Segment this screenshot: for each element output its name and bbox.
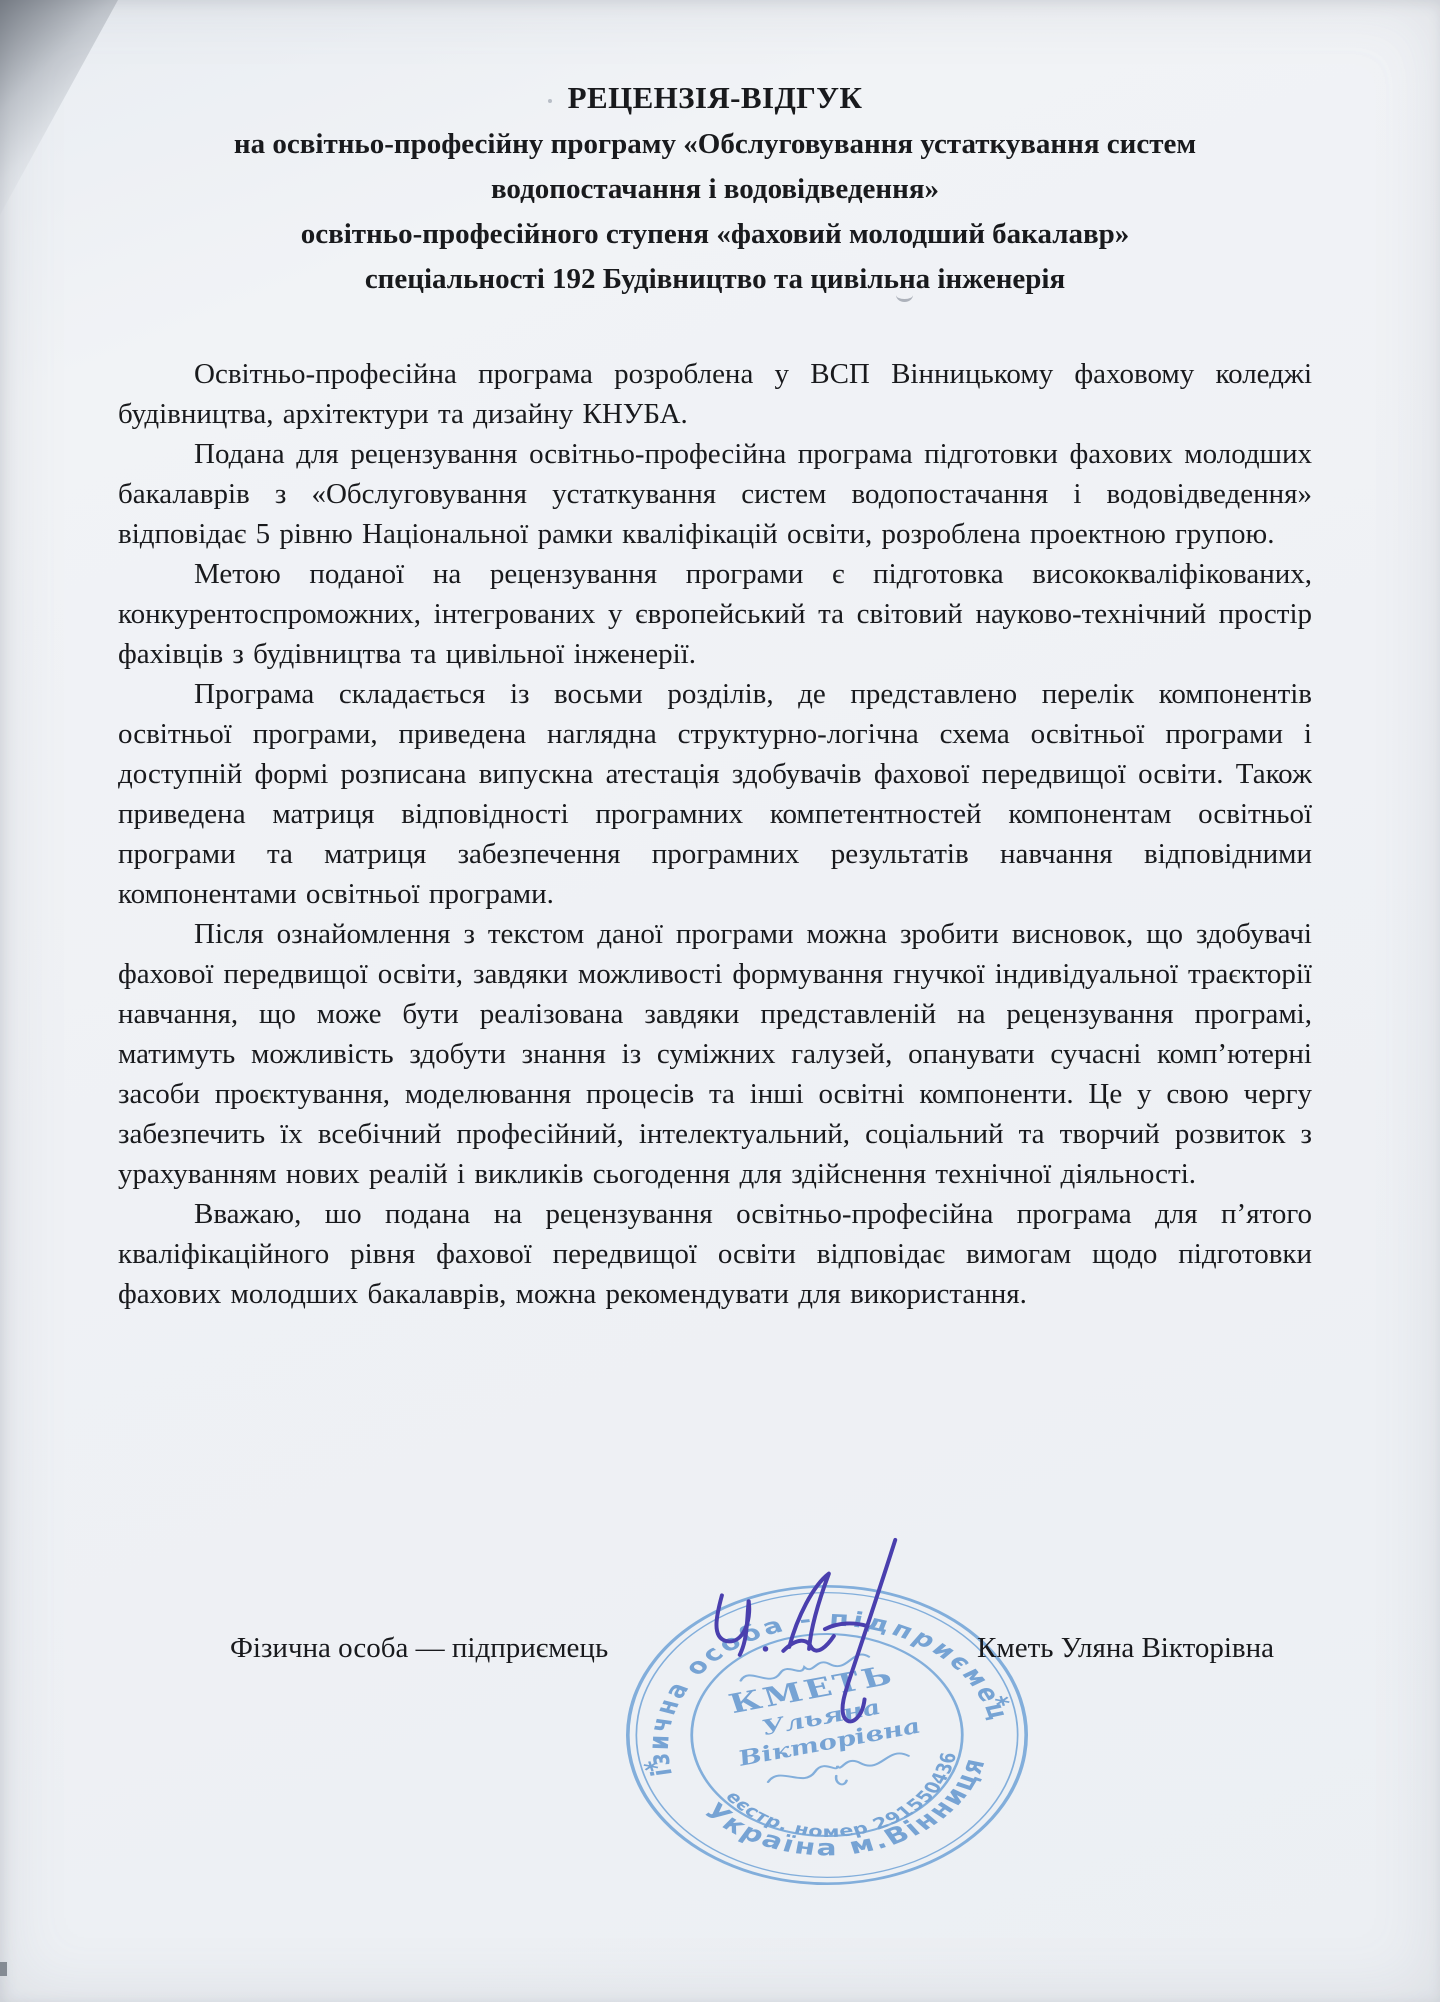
subtitle-line-1: на освітньо-професійну програму «Обслуго… bbox=[118, 122, 1312, 167]
paragraph-2: Подана для рецензування освітньо-професі… bbox=[118, 434, 1312, 554]
subtitle-line-2: водопостачання і водовідведення» bbox=[118, 167, 1312, 212]
svg-text:Україна м.Вінниця: Україна м.Вінниця bbox=[693, 1749, 1017, 1885]
paragraph-6: Вважаю, шо подана на рецензування освітн… bbox=[118, 1194, 1312, 1314]
signatory-name: Кметь Уляна Вікторівна bbox=[977, 1632, 1274, 1665]
subtitle-line-4: спеціальності 192 Будівництво та цивільн… bbox=[118, 257, 1312, 302]
body-text: Освітньо-професійна програма розроблена … bbox=[118, 354, 1312, 1314]
document-title: РЕЦЕНЗІЯ-ВІДГУК bbox=[118, 74, 1312, 122]
signatory-role-label: Фізична особа — підприємець bbox=[230, 1632, 608, 1665]
stamp-bottom-text: Україна м.Вінниця bbox=[693, 1749, 1017, 1885]
scanned-review-document: РЕЦЕНЗІЯ-ВІДГУК на освітньо-професійну п… bbox=[0, 0, 1440, 2002]
signature-ink bbox=[688, 1534, 946, 1742]
stamp-flourish-drop bbox=[835, 1774, 847, 1785]
title-block: РЕЦЕНЗІЯ-ВІДГУК на освітньо-професійну п… bbox=[118, 74, 1312, 302]
document-content: РЕЦЕНЗІЯ-ВІДГУК на освітньо-професійну п… bbox=[0, 0, 1440, 1314]
paragraph-1: Освітньо-професійна програма розроблена … bbox=[118, 354, 1312, 434]
paragraph-3: Метою поданої на рецензування програми є… bbox=[118, 554, 1312, 674]
subtitle-line-3: освітньо-професійного ступеня «фаховий м… bbox=[118, 212, 1312, 257]
paragraph-4: Програма складається із восьми розділів,… bbox=[118, 674, 1312, 914]
paragraph-5: Після ознайомлення з текстом даної прогр… bbox=[118, 914, 1312, 1194]
scan-artifact bbox=[0, 1962, 7, 1976]
